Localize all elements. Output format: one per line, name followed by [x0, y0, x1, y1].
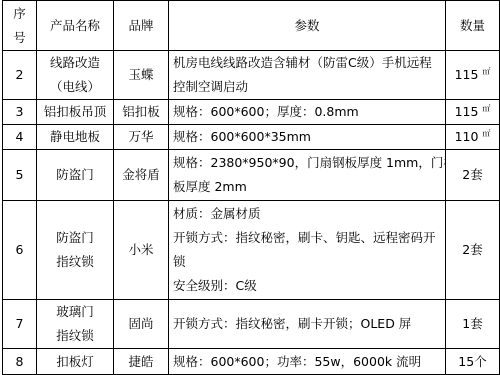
- param-line: 控制空调启动: [173, 75, 441, 99]
- header-name: 产品名称: [37, 1, 114, 51]
- cell-brand: 玉蝶: [114, 51, 169, 100]
- cell-no: 6: [3, 201, 37, 300]
- cell-name: 玻璃门 指纹锁: [37, 300, 114, 349]
- qty-value: 115: [455, 67, 479, 82]
- name-line: （电线）: [41, 75, 109, 99]
- cell-no: 5: [3, 150, 37, 201]
- cell-qty: 1套: [446, 300, 500, 349]
- header-no-line2: 号: [7, 26, 32, 50]
- cell-params: 机房电线线路改造含辅材（防雷C级）手机远程 控制空调启动: [169, 51, 446, 100]
- cell-brand: 捷皓: [114, 349, 169, 375]
- cell-no: 2: [3, 51, 37, 100]
- cell-qty: 2套: [446, 201, 500, 300]
- unit-square-meter: ㎡: [482, 67, 490, 76]
- cell-name: 防盗门 指纹锁: [37, 201, 114, 300]
- cell-params: 规格：600*600；功率：55w，6000k 流明: [169, 349, 446, 375]
- param-line: 机房电线线路改造含辅材（防雷C级）手机远程: [173, 51, 441, 75]
- param-line: 材质：金属材质: [173, 202, 441, 226]
- param-line: 开锁方式：指纹秘密，刷卡、钥匙、远程密码开: [173, 226, 441, 250]
- param-line: 安全级别：C级: [173, 274, 441, 298]
- name-line: 指纹锁: [41, 324, 109, 348]
- cell-qty: 15个: [446, 349, 500, 375]
- header-qty: 数量: [446, 1, 500, 51]
- cell-name: 铝扣板吊顶: [37, 100, 114, 125]
- param-line: 规格：2380*950*90，门扇钢板厚度 1mm，门框钢: [173, 151, 441, 175]
- header-no-line1: 序: [7, 2, 32, 26]
- name-line: 指纹锁: [41, 250, 109, 274]
- cell-brand: 金将盾: [114, 150, 169, 201]
- unit-square-meter: ㎡: [482, 104, 490, 113]
- cell-brand: 铝扣板: [114, 100, 169, 125]
- table-row: 8 扣板灯 捷皓 规格：600*600；功率：55w，6000k 流明 15个: [3, 349, 500, 375]
- name-line: 防盗门: [41, 226, 109, 250]
- param-line: 规格：600*600*35mm: [173, 125, 441, 149]
- qty-value: 110: [455, 129, 479, 144]
- cell-brand: 固尚: [114, 300, 169, 349]
- table-row: 7 玻璃门 指纹锁 固尚 开锁方式：指纹秘密，刷卡开锁；OLED 屏 1套: [3, 300, 500, 349]
- cell-params: 材质：金属材质 开锁方式：指纹秘密，刷卡、钥匙、远程密码开 锁 安全级别：C级: [169, 201, 446, 300]
- table-row: 4 静电地板 万华 规格：600*600*35mm 110 ㎡: [3, 125, 500, 150]
- name-line: 玻璃门: [41, 300, 109, 324]
- cell-name: 线路改造 （电线）: [37, 51, 114, 100]
- header-brand: 品牌: [114, 1, 169, 51]
- cell-no: 4: [3, 125, 37, 150]
- table-row: 3 铝扣板吊顶 铝扣板 规格：600*600；厚度：0.8mm 115 ㎡: [3, 100, 500, 125]
- cell-qty: 110 ㎡: [446, 125, 500, 150]
- cell-qty: 115 ㎡: [446, 51, 500, 100]
- param-line: 规格：600*600；厚度：0.8mm: [173, 100, 441, 124]
- param-line: 锁: [173, 250, 441, 274]
- cell-name: 扣板灯: [37, 349, 114, 375]
- cell-qty: 2套: [446, 150, 500, 201]
- cell-params: 规格：600*600；厚度：0.8mm: [169, 100, 446, 125]
- table-row: 2 线路改造 （电线） 玉蝶 机房电线线路改造含辅材（防雷C级）手机远程 控制空…: [3, 51, 500, 100]
- param-line: 开锁方式：指纹秘密，刷卡开锁；OLED 屏: [173, 312, 441, 336]
- cell-no: 3: [3, 100, 37, 125]
- cell-brand: 小米: [114, 201, 169, 300]
- qty-value: 115: [455, 104, 479, 119]
- product-spec-table: 序 号 产品名称 品牌 参数 数量 2 线路改造 （电线） 玉蝶 机房电线线路改…: [2, 0, 500, 375]
- cell-name: 静电地板: [37, 125, 114, 150]
- cell-no: 8: [3, 349, 37, 375]
- name-line: 线路改造: [41, 51, 109, 75]
- unit-square-meter: ㎡: [482, 129, 490, 138]
- table-row: 6 防盗门 指纹锁 小米 材质：金属材质 开锁方式：指纹秘密，刷卡、钥匙、远程密…: [3, 201, 500, 300]
- cell-name: 防盗门: [37, 150, 114, 201]
- param-line: 板厚度 2mm: [173, 175, 441, 199]
- header-params: 参数: [169, 1, 446, 51]
- cell-qty: 115 ㎡: [446, 100, 500, 125]
- cell-params: 规格：2380*950*90，门扇钢板厚度 1mm，门框钢 板厚度 2mm: [169, 150, 446, 201]
- param-line: 规格：600*600；功率：55w，6000k 流明: [173, 350, 441, 374]
- header-no: 序 号: [3, 1, 37, 51]
- table-header-row: 序 号 产品名称 品牌 参数 数量: [3, 1, 500, 51]
- cell-brand: 万华: [114, 125, 169, 150]
- cell-params: 规格：600*600*35mm: [169, 125, 446, 150]
- table-row: 5 防盗门 金将盾 规格：2380*950*90，门扇钢板厚度 1mm，门框钢 …: [3, 150, 500, 201]
- cell-no: 7: [3, 300, 37, 349]
- cell-params: 开锁方式：指纹秘密，刷卡开锁；OLED 屏: [169, 300, 446, 349]
